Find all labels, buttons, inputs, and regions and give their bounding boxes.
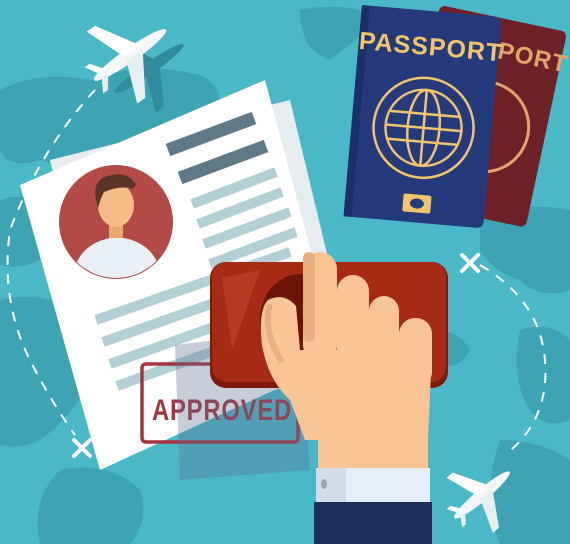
chip-icon (402, 193, 431, 213)
passport-front: PASSPORT (344, 5, 506, 229)
illustration-scene: PASSPORT PASSPORT (0, 0, 570, 544)
